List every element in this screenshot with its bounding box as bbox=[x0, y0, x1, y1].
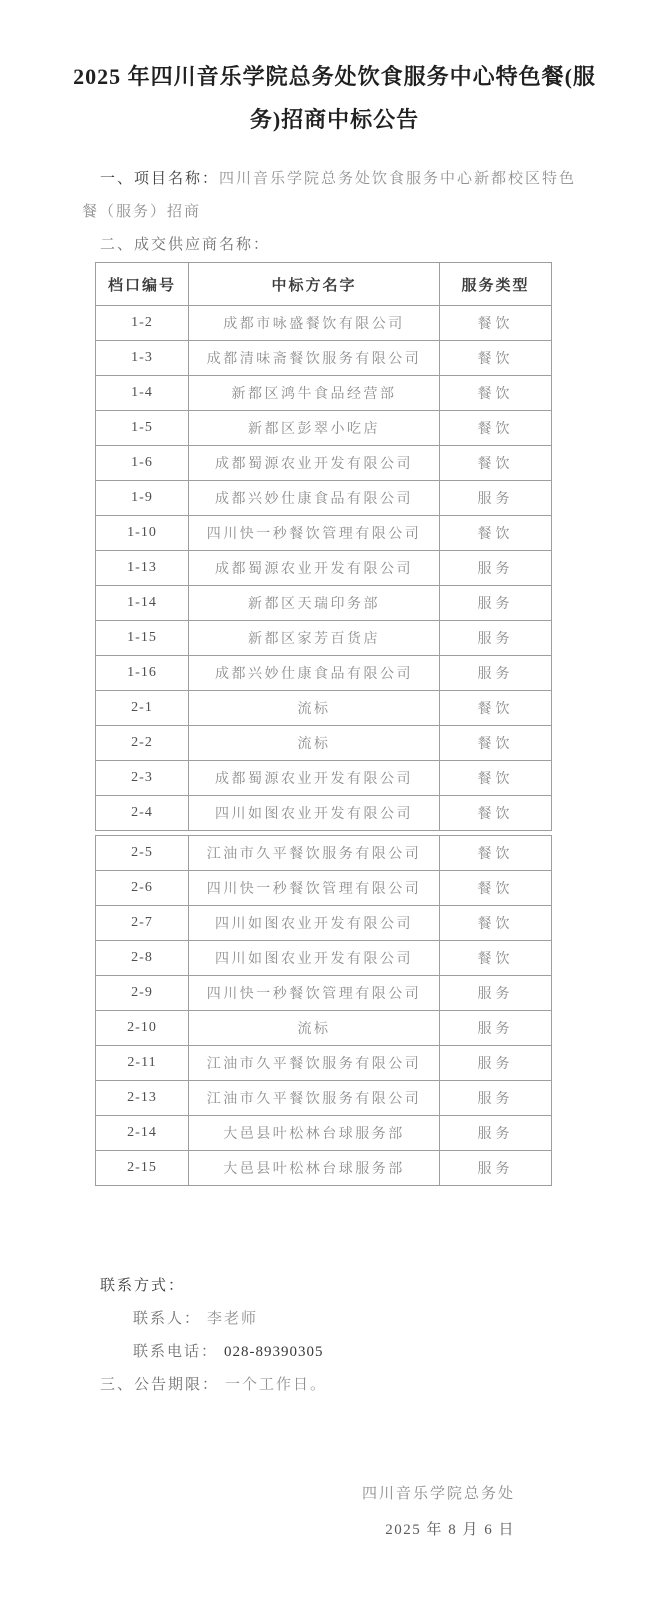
cell-service-type: 餐饮 bbox=[440, 411, 552, 446]
notice-period-text: 一个工作日。 bbox=[225, 1377, 327, 1393]
cell-booth-id: 1-16 bbox=[96, 656, 189, 691]
cell-winner-name: 江油市久平餐饮服务有限公司 bbox=[189, 836, 440, 871]
cell-service-type: 餐饮 bbox=[440, 941, 552, 976]
cell-winner-name: 四川快一秒餐饮管理有限公司 bbox=[189, 871, 440, 906]
cell-service-type: 服务 bbox=[440, 1116, 552, 1151]
table-row: 1-16成都兴妙仕康食品有限公司服务 bbox=[96, 656, 552, 691]
document-title: 2025 年四川音乐学院总务处饮食服务中心特色餐(服 务)招商中标公告 bbox=[56, 55, 613, 141]
table-row: 2-10流标服务 bbox=[96, 1011, 552, 1046]
contact-section: 联系方式： 联系人：李老师 联系电话：028-89390305 三、公告期限：一… bbox=[82, 1270, 605, 1402]
cell-winner-name: 大邑县叶松林台球服务部 bbox=[189, 1116, 440, 1151]
document-title-line1: 2025 年四川音乐学院总务处饮食服务中心特色餐(服 bbox=[56, 55, 613, 98]
cell-service-type: 餐饮 bbox=[440, 691, 552, 726]
cell-booth-id: 1-6 bbox=[96, 446, 189, 481]
cell-service-type: 服务 bbox=[440, 481, 552, 516]
cell-service-type: 餐饮 bbox=[440, 871, 552, 906]
cell-winner-name: 成都蜀源农业开发有限公司 bbox=[189, 761, 440, 796]
table-row: 2-6四川快一秒餐饮管理有限公司餐饮 bbox=[96, 871, 552, 906]
cell-service-type: 服务 bbox=[440, 1081, 552, 1116]
cell-winner-name: 四川如图农业开发有限公司 bbox=[189, 906, 440, 941]
cell-winner-name: 江油市久平餐饮服务有限公司 bbox=[189, 1046, 440, 1081]
table-row: 1-13成都蜀源农业开发有限公司服务 bbox=[96, 551, 552, 586]
cell-booth-id: 1-10 bbox=[96, 516, 189, 551]
cell-winner-name: 新都区彭翠小吃店 bbox=[189, 411, 440, 446]
cell-booth-id: 1-5 bbox=[96, 411, 189, 446]
cell-service-type: 服务 bbox=[440, 656, 552, 691]
cell-service-type: 服务 bbox=[440, 976, 552, 1011]
cell-service-type: 服务 bbox=[440, 1046, 552, 1081]
notice-period-line: 三、公告期限：一个工作日。 bbox=[82, 1369, 605, 1402]
table-row: 2-14大邑县叶松林台球服务部服务 bbox=[96, 1116, 552, 1151]
table-row: 2-8四川如图农业开发有限公司餐饮 bbox=[96, 941, 552, 976]
cell-booth-id: 1-9 bbox=[96, 481, 189, 516]
cell-service-type: 餐饮 bbox=[440, 726, 552, 761]
cell-booth-id: 2-4 bbox=[96, 796, 189, 831]
cell-winner-name: 流标 bbox=[189, 726, 440, 761]
table-row: 2-13江油市久平餐饮服务有限公司服务 bbox=[96, 1081, 552, 1116]
announcement-document: 2025 年四川音乐学院总务处饮食服务中心特色餐(服 务)招商中标公告 一、项目… bbox=[0, 0, 669, 1600]
cell-winner-name: 大邑县叶松林台球服务部 bbox=[189, 1151, 440, 1186]
cell-booth-id: 1-14 bbox=[96, 586, 189, 621]
cell-booth-id: 2-5 bbox=[96, 836, 189, 871]
cell-booth-id: 2-1 bbox=[96, 691, 189, 726]
cell-service-type: 餐饮 bbox=[440, 376, 552, 411]
contact-person-name: 李老师 bbox=[207, 1311, 258, 1327]
cell-booth-id: 1-15 bbox=[96, 621, 189, 656]
cell-service-type: 餐饮 bbox=[440, 446, 552, 481]
cell-winner-name: 新都区鸿牛食品经营部 bbox=[189, 376, 440, 411]
contact-person-label: 联系人： bbox=[133, 1311, 201, 1327]
table-row: 2-5江油市久平餐饮服务有限公司餐饮 bbox=[96, 836, 552, 871]
issuing-organization: 四川音乐学院总务处 bbox=[0, 1476, 515, 1512]
cell-booth-id: 1-3 bbox=[96, 341, 189, 376]
cell-booth-id: 1-4 bbox=[96, 376, 189, 411]
header-booth-id: 档口编号 bbox=[96, 263, 189, 306]
table-row: 1-3成都清味斋餐饮服务有限公司餐饮 bbox=[96, 341, 552, 376]
project-name-label: 一、项目名称： bbox=[100, 171, 219, 187]
table-row: 1-5新都区彭翠小吃店餐饮 bbox=[96, 411, 552, 446]
table-row: 2-4四川如图农业开发有限公司餐饮 bbox=[96, 796, 552, 831]
cell-service-type: 餐饮 bbox=[440, 836, 552, 871]
cell-service-type: 餐饮 bbox=[440, 306, 552, 341]
cell-winner-name: 新都区天瑞印务部 bbox=[189, 586, 440, 621]
cell-service-type: 服务 bbox=[440, 1151, 552, 1186]
table-row: 2-2流标餐饮 bbox=[96, 726, 552, 761]
cell-booth-id: 2-6 bbox=[96, 871, 189, 906]
cell-booth-id: 2-10 bbox=[96, 1011, 189, 1046]
cell-service-type: 服务 bbox=[440, 1011, 552, 1046]
cell-winner-name: 成都兴妙仕康食品有限公司 bbox=[189, 481, 440, 516]
table-row: 2-3成都蜀源农业开发有限公司餐饮 bbox=[96, 761, 552, 796]
table-header-row: 档口编号 中标方名字 服务类型 bbox=[96, 263, 552, 306]
cell-winner-name: 流标 bbox=[189, 1011, 440, 1046]
cell-booth-id: 2-9 bbox=[96, 976, 189, 1011]
header-service-type: 服务类型 bbox=[440, 263, 552, 306]
contact-phone-line: 联系电话：028-89390305 bbox=[82, 1336, 605, 1369]
cell-winner-name: 成都清味斋餐饮服务有限公司 bbox=[189, 341, 440, 376]
cell-booth-id: 2-2 bbox=[96, 726, 189, 761]
project-name-text: 四川音乐学院总务处饮食服务中心新都校区特色 bbox=[219, 171, 576, 187]
supplier-section-heading: 二、成交供应商名称： bbox=[82, 229, 605, 262]
table-row: 1-14新都区天瑞印务部服务 bbox=[96, 586, 552, 621]
table-row: 1-9成都兴妙仕康食品有限公司服务 bbox=[96, 481, 552, 516]
cell-winner-name: 四川快一秒餐饮管理有限公司 bbox=[189, 976, 440, 1011]
project-name-line1: 一、项目名称：四川音乐学院总务处饮食服务中心新都校区特色 bbox=[82, 163, 605, 196]
cell-service-type: 服务 bbox=[440, 586, 552, 621]
table-row: 2-11江油市久平餐饮服务有限公司服务 bbox=[96, 1046, 552, 1081]
cell-winner-name: 新都区家芳百货店 bbox=[189, 621, 440, 656]
notice-period-label: 三、公告期限： bbox=[100, 1377, 219, 1393]
table-row: 1-4新都区鸿牛食品经营部餐饮 bbox=[96, 376, 552, 411]
cell-winner-name: 流标 bbox=[189, 691, 440, 726]
cell-winner-name: 成都蜀源农业开发有限公司 bbox=[189, 446, 440, 481]
table-row: 1-6成都蜀源农业开发有限公司餐饮 bbox=[96, 446, 552, 481]
cell-booth-id: 2-3 bbox=[96, 761, 189, 796]
cell-booth-id: 2-15 bbox=[96, 1151, 189, 1186]
contact-phone-label: 联系电话： bbox=[133, 1344, 218, 1360]
issue-date: 2025 年 8 月 6 日 bbox=[0, 1512, 515, 1548]
cell-winner-name: 四川快一秒餐饮管理有限公司 bbox=[189, 516, 440, 551]
cell-booth-id: 1-13 bbox=[96, 551, 189, 586]
document-title-line2: 务)招商中标公告 bbox=[56, 98, 613, 141]
contact-heading: 联系方式： bbox=[82, 1270, 605, 1303]
signature-block: 四川音乐学院总务处 2025 年 8 月 6 日 bbox=[0, 1476, 515, 1548]
bid-results-table-part2: 2-5江油市久平餐饮服务有限公司餐饮2-6四川快一秒餐饮管理有限公司餐饮2-7四… bbox=[95, 835, 552, 1186]
cell-winner-name: 四川如图农业开发有限公司 bbox=[189, 941, 440, 976]
cell-winner-name: 江油市久平餐饮服务有限公司 bbox=[189, 1081, 440, 1116]
table-row: 2-1流标餐饮 bbox=[96, 691, 552, 726]
table-row: 2-9四川快一秒餐饮管理有限公司服务 bbox=[96, 976, 552, 1011]
cell-booth-id: 2-13 bbox=[96, 1081, 189, 1116]
cell-booth-id: 2-11 bbox=[96, 1046, 189, 1081]
table-row: 2-15大邑县叶松林台球服务部服务 bbox=[96, 1151, 552, 1186]
table-row: 1-10四川快一秒餐饮管理有限公司餐饮 bbox=[96, 516, 552, 551]
cell-service-type: 餐饮 bbox=[440, 906, 552, 941]
cell-booth-id: 2-14 bbox=[96, 1116, 189, 1151]
contact-person-line: 联系人：李老师 bbox=[82, 1303, 605, 1336]
cell-booth-id: 2-7 bbox=[96, 906, 189, 941]
table-row: 1-2成都市咏盛餐饮有限公司餐饮 bbox=[96, 306, 552, 341]
cell-winner-name: 成都蜀源农业开发有限公司 bbox=[189, 551, 440, 586]
cell-service-type: 餐饮 bbox=[440, 516, 552, 551]
contact-phone-number: 028-89390305 bbox=[224, 1344, 324, 1360]
project-name-line2: 餐（服务）招商 bbox=[82, 196, 605, 229]
header-winner-name: 中标方名字 bbox=[189, 263, 440, 306]
cell-service-type: 服务 bbox=[440, 551, 552, 586]
intro-section: 一、项目名称：四川音乐学院总务处饮食服务中心新都校区特色 餐（服务）招商 二、成… bbox=[82, 163, 605, 262]
cell-service-type: 餐饮 bbox=[440, 796, 552, 831]
cell-winner-name: 成都市咏盛餐饮有限公司 bbox=[189, 306, 440, 341]
table-row: 2-7四川如图农业开发有限公司餐饮 bbox=[96, 906, 552, 941]
cell-service-type: 服务 bbox=[440, 621, 552, 656]
bid-results-table-part1: 档口编号 中标方名字 服务类型 1-2成都市咏盛餐饮有限公司餐饮1-3成都清味斋… bbox=[95, 262, 552, 831]
table-row: 1-15新都区家芳百货店服务 bbox=[96, 621, 552, 656]
cell-service-type: 餐饮 bbox=[440, 761, 552, 796]
cell-booth-id: 1-2 bbox=[96, 306, 189, 341]
cell-service-type: 餐饮 bbox=[440, 341, 552, 376]
cell-winner-name: 成都兴妙仕康食品有限公司 bbox=[189, 656, 440, 691]
cell-winner-name: 四川如图农业开发有限公司 bbox=[189, 796, 440, 831]
cell-booth-id: 2-8 bbox=[96, 941, 189, 976]
